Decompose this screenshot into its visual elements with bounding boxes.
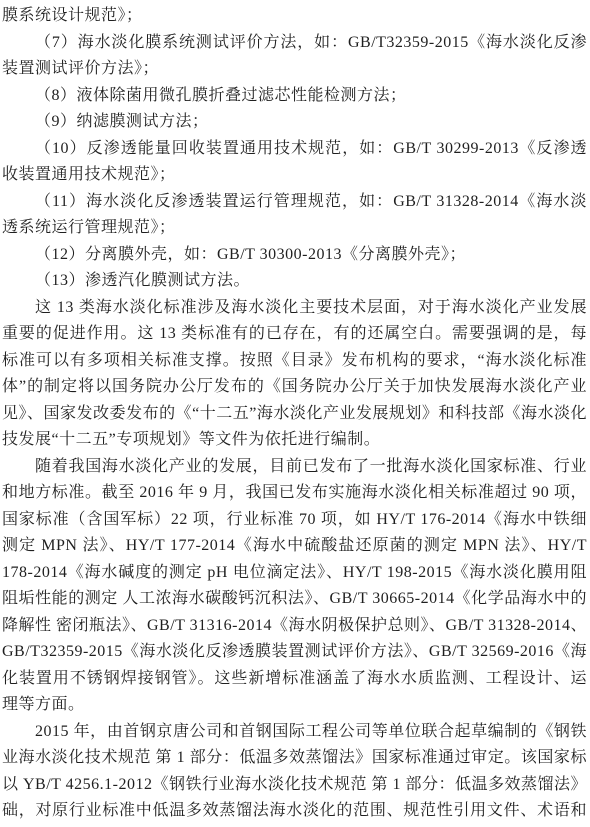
text-line: 阻垢性能的测定 人工浓海水碳酸钙沉积法》、GB/T 30665-2014《化学品… [2,586,587,613]
text-line: 础，对原行业标准中低温多效蒸馏法海水淡化的范围、规范性引用文件、术语和定义、 [2,798,587,825]
text-line: 收装置通用技术规范》； [2,162,587,189]
text-line: 重要的促进作用。这 13 类标准有的已存在，有的还属空白。需要强调的是，每一类 [2,321,587,348]
text-line: 见》、国家发改委发布的《“十二五”海水淡化产业发展规划》和科技部《海水淡化科 [2,401,587,428]
text-line: 随着我国海水淡化产业的发展，目前已发布了一批海水淡化国家标准、行业标准 [2,454,587,481]
text-line: 理等方面。 [2,692,587,719]
document-body: 膜系统设计规范》；（7）海水淡化膜系统测试评价方法，如：GB/T32359-20… [0,0,590,827]
text-line: 2015 年，由首钢京唐公司和首钢国际工程公司等单位联合起草编制的《钢铁行 [2,719,587,746]
text-line: 178-2014《海水碱度的测定 pH 电位滴定法》、HY/T 198-2015… [2,560,587,587]
text-line: 标准可以有多项相关标准支撑。按照《目录》发布机构的要求，“海水淡化标准综合 [2,348,587,375]
text-line: 化装置用不锈钢焊接钢管》。这些新增标准涵盖了海水水质监测、工程设计、运行管 [2,666,587,693]
text-line: （11）海水淡化反渗透装置运行管理规范，如：GB/T 31328-2014《海水… [2,189,587,216]
text-line: 国家标准（含国军标）22 项，行业标准 70 项，如 HY/T 176-2014… [2,507,587,534]
text-line: （13）渗透汽化膜测试方法。 [2,268,587,295]
text-line: （9）纳滤膜测试方法； [2,109,587,136]
text-line: （8）液体除菌用微孔膜折叠过滤芯性能检测方法； [2,83,587,110]
text-line: 和地方标准。截至 2016 年 9 月，我国已发布实施海水淡化相关标准超过 90… [2,480,587,507]
text-line: （12）分离膜外壳，如：GB/T 30300-2013《分离膜外壳》； [2,242,587,269]
text-line: （10）反渗透能量回收装置通用技术规范，如：GB/T 30299-2013《反渗… [2,136,587,163]
text-line: GB/T32359-2015《海水淡化反渗透膜装置测试评价方法》、GB/T 32… [2,639,587,666]
text-line: 装置测试评价方法》； [2,56,587,83]
text-line: 降解性 密闭瓶法》、GB/T 31316-2014《海水阴极保护总则》、GB/T… [2,613,587,640]
text-line: 体”的制定将以国务院办公厅发布的《国务院办公厅关于加快发展海水淡化产业的意 [2,374,587,401]
document-page: { "page": { "background_color": "#ffffff… [0,0,590,827]
text-line: 膜系统设计规范》； [2,3,587,30]
text-line: 这 13 类海水淡化标准涉及海水淡化主要技术层面，对于海水淡化产业发展具有 [2,295,587,322]
text-line: 测定 MPN 法》、HY/T 177-2014《海水中硫酸盐还原菌的测定 MPN… [2,533,587,560]
text-line: 以 YB/T 4256.1-2012《钢铁行业海水淡化技术规范 第 1 部分：低… [2,772,587,799]
text-line: 透系统运行管理规范》； [2,215,587,242]
text-line: 业海水淡化技术规范 第 1 部分：低温多效蒸馏法》国家标准通过审定。该国家标准 [2,745,587,772]
text-line: （7）海水淡化膜系统测试评价方法，如：GB/T32359-2015《海水淡化反渗… [2,30,587,57]
text-line: 技发展“十二五”专项规划》等文件为依托进行编制。 [2,427,587,454]
